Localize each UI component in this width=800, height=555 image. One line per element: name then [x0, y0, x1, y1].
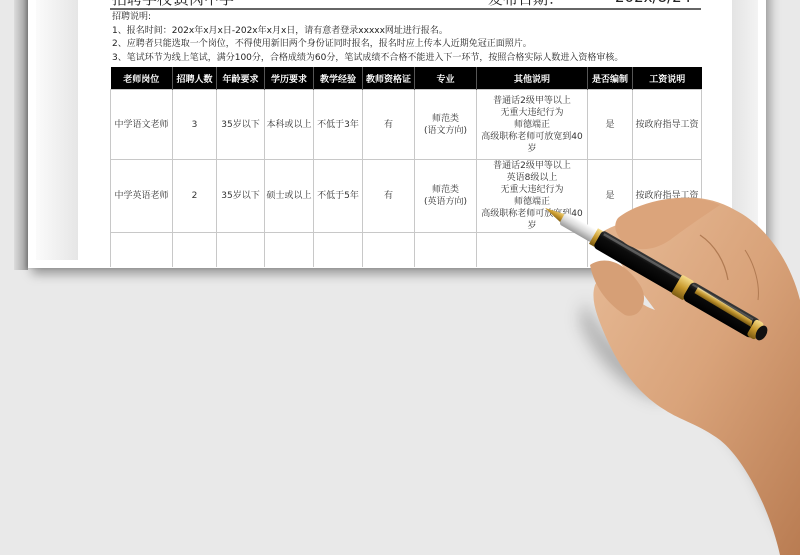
- other-line: 普通话2级甲等以上: [477, 160, 587, 172]
- column-header: 专业: [415, 67, 477, 90]
- notes-title: 招聘说明:: [112, 11, 623, 25]
- cell-certificate: 有: [363, 90, 415, 160]
- cell-education: 硕士或以上: [265, 160, 314, 233]
- other-line: 英语8级以上: [477, 172, 587, 184]
- other-line: 高级职称老师可放宽到40岁: [477, 131, 587, 155]
- major-line: (英语方向): [415, 196, 476, 208]
- column-header: 是否编制: [588, 67, 633, 90]
- cell-major: 师范类 (英语方向): [415, 160, 477, 233]
- notes-item: 3、笔试环节为线上笔试，满分100分，合格成绩为60分，笔试成绩不合格不能进入下…: [112, 52, 623, 66]
- column-header: 教师资格证: [363, 67, 415, 90]
- column-header: 教学经验: [314, 67, 363, 90]
- paper-margin-left: [36, 0, 78, 260]
- recruitment-table: 老师岗位 招聘人数 年龄要求 学历要求 教学经验 教师资格证 专业 其他说明 是…: [110, 67, 702, 267]
- table-row: 中学语文老师 3 35岁以下 本科或以上 不低于3年 有 师范类 (语文方向) …: [111, 90, 702, 160]
- cell-experience: 不低于3年: [314, 90, 363, 160]
- cell-count: 2: [173, 160, 217, 233]
- cell-count: 3: [173, 90, 217, 160]
- cell-other: 普通话2级甲等以上 英语8级以上 无重大违纪行为 师德端正 高级职称老师可放宽到…: [477, 160, 588, 233]
- other-line: 普通话2级甲等以上: [477, 95, 587, 107]
- publish-date-label: 发布日期：: [488, 0, 563, 9]
- other-line: 高级职称老师可放宽到40岁: [477, 208, 587, 232]
- cell-position: 中学语文老师: [111, 90, 173, 160]
- notes-item: 1、报名时间：202x年x月x日-202x年x月x日，请有意者登录xxxxx网址…: [112, 25, 623, 39]
- column-header: 老师岗位: [111, 67, 173, 90]
- arm-shadow: [660, 380, 800, 555]
- cell-position: 中学英语老师: [111, 160, 173, 233]
- column-header: 其他说明: [477, 67, 588, 90]
- cell-staffing: 是: [588, 90, 633, 160]
- paper-edge-shadow: [14, 0, 28, 270]
- cell-salary: 按政府指导工资: [633, 160, 702, 233]
- title-row: 招聘学校： 黄冈中学 发布日期： 202x/8/24: [110, 0, 701, 10]
- other-line: 无重大违纪行为: [477, 184, 587, 196]
- cell-education: 本科或以上: [265, 90, 314, 160]
- column-header: 学历要求: [265, 67, 314, 90]
- recruitment-notes: 招聘说明: 1、报名时间：202x年x月x日-202x年x月x日，请有意者登录x…: [112, 11, 623, 65]
- column-header: 年龄要求: [217, 67, 265, 90]
- table-row: 中学英语老师 2 35岁以下 硕士或以上 不低于5年 有 师范类 (英语方向) …: [111, 160, 702, 233]
- cell-age: 35岁以下: [217, 90, 265, 160]
- paper-margin-right: [732, 0, 758, 268]
- publish-date-value: 202x/8/24: [615, 0, 691, 6]
- cell-staffing: 是: [588, 160, 633, 233]
- major-line: (语文方向): [415, 125, 476, 137]
- major-line: 师范类: [415, 184, 476, 196]
- major-line: 师范类: [415, 113, 476, 125]
- cell-experience: 不低于5年: [314, 160, 363, 233]
- other-line: 师德端正: [477, 119, 587, 131]
- cell-age: 35岁以下: [217, 160, 265, 233]
- cell-certificate: 有: [363, 160, 415, 233]
- notes-item: 2、应聘者只能选取一个岗位，不得使用新旧两个身份证同时报名，报名时应上传本人近期…: [112, 38, 623, 52]
- column-header: 工资说明: [633, 67, 702, 90]
- school-value: 黄冈中学: [174, 0, 234, 9]
- cell-major: 师范类 (语文方向): [415, 90, 477, 160]
- column-header: 招聘人数: [173, 67, 217, 90]
- other-line: 无重大违纪行为: [477, 107, 587, 119]
- table-header-row: 老师岗位 招聘人数 年龄要求 学历要求 教学经验 教师资格证 专业 其他说明 是…: [111, 67, 702, 90]
- table-row-empty: [111, 233, 702, 268]
- other-line: 师德端正: [477, 196, 587, 208]
- cell-salary: 按政府指导工资: [633, 90, 702, 160]
- cell-other: 普通话2级甲等以上 无重大违纪行为 师德端正 高级职称老师可放宽到40岁: [477, 90, 588, 160]
